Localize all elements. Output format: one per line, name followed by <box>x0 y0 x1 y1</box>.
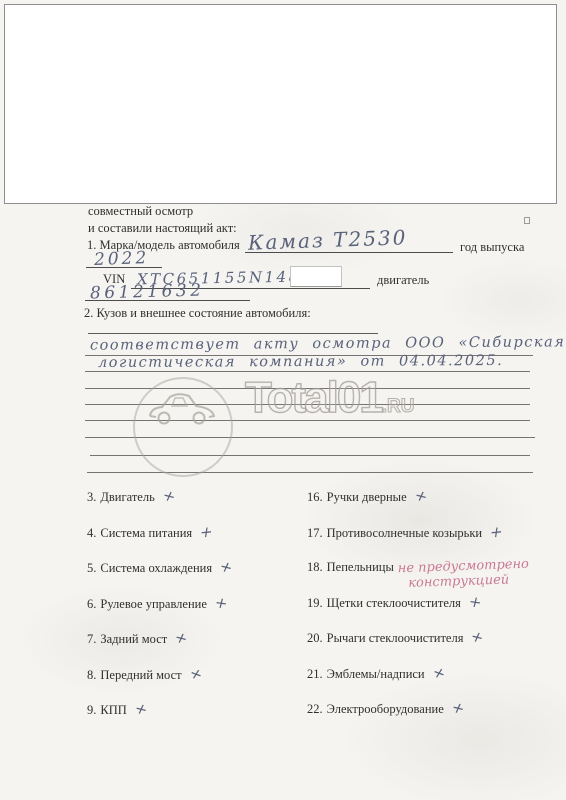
brand-handwritten-value: Камаз Т2530 <box>248 225 408 255</box>
checklist-item-22: 22.Электрооборудование+ <box>307 702 503 716</box>
item-label: Задний мост <box>100 632 167 646</box>
watermark-suffix: .RU <box>382 396 415 417</box>
checklist-item-8: 8.Передний мост+ <box>87 668 233 682</box>
item-label: КПП <box>100 703 126 717</box>
watermark-brand: Total01 <box>245 373 382 422</box>
item-label: Пепельницы <box>327 560 394 574</box>
handwritten-plus-mark: + <box>173 631 190 645</box>
item-number: 7. <box>87 632 96 646</box>
item-label: Рычаги стеклоочистителя <box>327 631 464 645</box>
item-number: 6. <box>87 597 96 611</box>
handwritten-plus-mark: + <box>489 525 503 539</box>
body-condition-label: 2. Кузов и внешнее состояние автомобиля: <box>84 306 311 320</box>
checklist-item-9: 9.КПП+ <box>87 703 233 717</box>
checklist-item-19: 19.Щетки стеклоочистителя+ <box>307 596 503 610</box>
item-number: 22. <box>307 702 323 716</box>
item-number: 21. <box>307 667 323 681</box>
item-number: 3. <box>87 490 96 504</box>
handwritten-plus-mark: + <box>412 489 429 503</box>
handwritten-plus-mark: + <box>199 525 213 539</box>
watermark-text: Total01.RU <box>245 376 415 429</box>
year-handwritten-value: 2022 <box>94 248 150 270</box>
checklist-item-17: 17.Противосолнечные козырьки+ <box>307 526 503 540</box>
checklist-item-20: 20.Рычаги стеклоочистителя+ <box>307 631 503 645</box>
item-label: Система питания <box>100 526 192 540</box>
item-number: 19. <box>307 596 323 610</box>
handwritten-plus-mark: + <box>467 595 482 608</box>
checklist-item-6: 6.Рулевое управление+ <box>87 597 233 611</box>
ruled-line <box>85 371 530 372</box>
intro-line-2: и составили настоящий акт: <box>88 221 237 235</box>
redaction-box-vin <box>290 266 342 287</box>
item-label: Щетки стеклоочистителя <box>327 596 461 610</box>
item-label: Система охлаждения <box>100 561 212 575</box>
checklist-item-3: 3.Двигатель+ <box>87 490 233 504</box>
handwritten-plus-mark: + <box>469 630 486 644</box>
checklist-item-7: 7.Задний мост+ <box>87 632 233 646</box>
item-label: Передний мост <box>100 668 181 682</box>
item-label: Ручки дверные <box>327 490 407 504</box>
item-label: Эмблемы/надписи <box>327 667 425 681</box>
car-icon <box>146 388 218 433</box>
engine-handwritten-value: 86121632 <box>90 281 205 304</box>
checklist-right-column: 16.Ручки дверные+ 17.Противосолнечные ко… <box>307 490 503 716</box>
item-label: Рулевое управление <box>100 597 207 611</box>
item-number: 5. <box>87 561 96 575</box>
handwritten-plus-mark: + <box>187 666 205 681</box>
handwritten-plus-mark: + <box>214 596 229 609</box>
scan-artifact-square <box>524 217 530 224</box>
item-number: 17. <box>307 526 323 540</box>
checklist-item-4: 4.Система питания+ <box>87 526 233 540</box>
checklist-item-21: 21.Эмблемы/надписи+ <box>307 667 503 681</box>
ashtray-note-line-2: конструкцией <box>408 572 530 591</box>
item-number: 8. <box>87 668 96 682</box>
item-number: 9. <box>87 703 96 717</box>
body-note-handwritten-1: соответствует акту осмотра ООО «Сибирска… <box>90 334 565 353</box>
checklist-item-16: 16.Ручки дверные+ <box>307 490 503 504</box>
checklist-item-5: 5.Система охлаждения+ <box>87 561 233 575</box>
intro-line-1: совместный осмотр <box>88 204 193 218</box>
item-number: 18. <box>307 560 323 574</box>
ruled-line <box>87 472 533 473</box>
handwritten-plus-mark: + <box>449 701 466 715</box>
item-number: 4. <box>87 526 96 540</box>
handwritten-plus-mark: + <box>430 665 448 680</box>
checklist-left-column: 3.Двигатель+ 4.Система питания+ 5.Систем… <box>87 490 233 717</box>
body-note-handwritten-2: логистическая компания» от 04.04.2025. <box>98 353 503 371</box>
handwritten-plus-mark: + <box>218 560 235 574</box>
item-number: 16. <box>307 490 323 504</box>
ruled-line <box>88 333 378 334</box>
handwritten-plus-mark: + <box>161 489 178 503</box>
item-label: Двигатель <box>100 490 154 504</box>
ashtray-handwritten-note: не предусмотрено конструкцией <box>398 557 530 592</box>
handwritten-plus-mark: + <box>132 702 149 716</box>
redaction-box-top <box>4 4 557 204</box>
year-label: год выпуска <box>460 240 524 254</box>
item-label: Противосолнечные козырьки <box>327 526 482 540</box>
item-number: 20. <box>307 631 323 645</box>
engine-label: двигатель <box>377 273 429 287</box>
item-label: Электрооборудование <box>327 702 444 716</box>
